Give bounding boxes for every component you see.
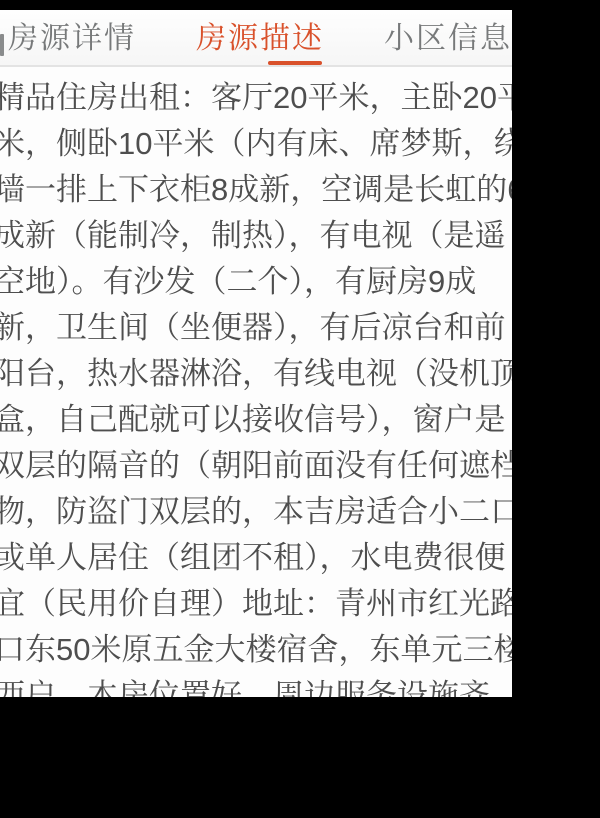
description-line: 口东50米原五金大楼宿舍，东单元三楼	[0, 627, 512, 673]
description-line: 或单人居住（组团不租），水电费很便	[0, 535, 512, 581]
description-line: 米，侧卧10平米（内有床、席梦斯，绕	[0, 121, 512, 167]
description-line: 宜（民用价自理）地址：青州市红光路	[0, 581, 512, 627]
description-line: 盒，自己配就可以接收信号），窗户是	[0, 397, 512, 443]
active-tab-indicator	[268, 61, 322, 65]
property-description-text: 精品住房出租：客厅20平米，主卧20平 米，侧卧10平米（内有床、席梦斯，绕 墙…	[0, 67, 512, 697]
app-viewport: 房源详情 房源描述 小区信息 精品住房出租：客厅20平米，主卧20平 米，侧卧1…	[0, 10, 512, 697]
description-line: 双层的隔音的（朝阳前面没有任何遮档	[0, 443, 512, 489]
tab-community-info[interactable]: 小区信息	[384, 10, 512, 65]
letterbox-background: 房源详情 房源描述 小区信息 精品住房出租：客厅20平米，主卧20平 米，侧卧1…	[0, 0, 600, 818]
tab-bar: 房源详情 房源描述 小区信息	[0, 10, 512, 67]
clipped-tab-fragment	[0, 34, 4, 56]
tab-property-details[interactable]: 房源详情	[8, 10, 136, 65]
description-line: 成新（能制冷，制热），有电视（是遥	[0, 213, 512, 259]
description-line-clipped: 西户，本房位置好，周边服务设施齐	[0, 673, 512, 697]
description-line: 墙一排上下衣柜8成新，空调是长虹的6	[0, 167, 512, 213]
description-line: 空地）。有沙发（二个），有厨房9成	[0, 259, 512, 305]
description-line: 新，卫生间（坐便器），有后凉台和前	[0, 305, 512, 351]
description-line: 阳台，热水器淋浴，有线电视（没机顶	[0, 351, 512, 397]
description-line: 物，防盗门双层的，本吉房适合小二口	[0, 489, 512, 535]
description-line: 精品住房出租：客厅20平米，主卧20平	[0, 75, 512, 121]
tab-property-description[interactable]: 房源描述	[196, 10, 324, 65]
